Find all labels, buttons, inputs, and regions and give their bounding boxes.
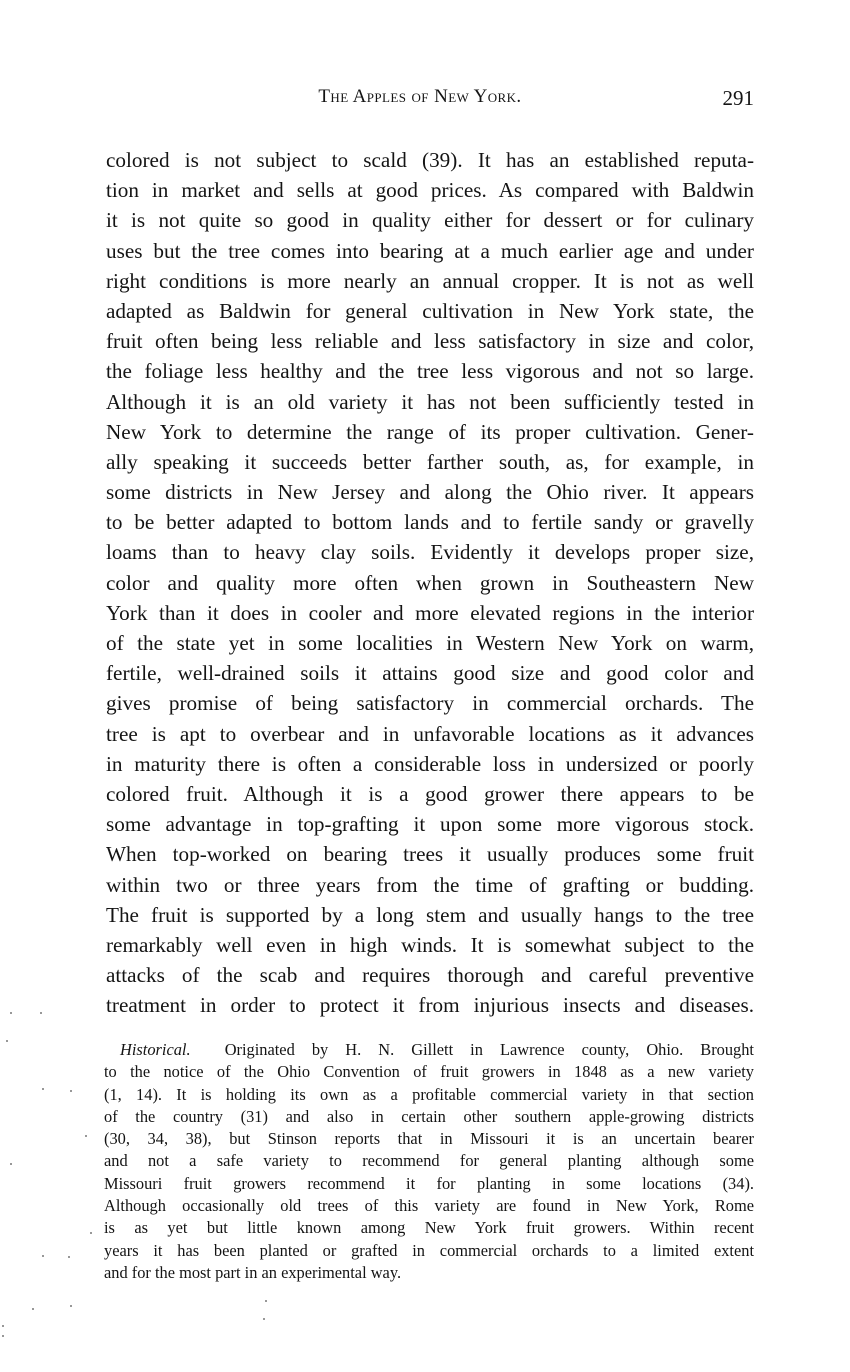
text-line: fertile, well-drained soils it attains g… — [106, 658, 754, 688]
scan-speck — [6, 1040, 8, 1042]
text-line: When top-worked on bearing trees it usua… — [106, 839, 754, 869]
text-line: is as yet but little known among New Yor… — [104, 1217, 754, 1239]
scan-speck — [42, 1255, 44, 1257]
text-line: fruit often being less reliable and less… — [106, 326, 754, 356]
scan-speck — [68, 1256, 70, 1258]
running-head: The Apples of New York. 291 — [106, 80, 754, 114]
historical-section: Historical. Originated by H. N. Gillett … — [104, 1039, 754, 1284]
text-line: gives promise of being satisfactory in c… — [106, 688, 754, 718]
text-line: New York to determine the range of its p… — [106, 417, 754, 447]
text-line: Although occasionally old trees of this … — [104, 1195, 754, 1217]
text-line: of the state yet in some localities in W… — [106, 628, 754, 658]
scan-speck — [70, 1305, 72, 1307]
body-paragraph: colored is not subject to scald (39). It… — [106, 145, 754, 1020]
text-line: treatment in order to protect it from in… — [106, 990, 754, 1020]
text-line: colored fruit. Although it is a good gro… — [106, 779, 754, 809]
running-title: The Apples of New York. — [106, 86, 754, 108]
scan-speck — [90, 1232, 92, 1234]
text-line: tion in market and sells at good prices.… — [106, 175, 754, 205]
text-line: and for the most part in an experimental… — [104, 1262, 754, 1284]
text-line: colored is not subject to scald (39). It… — [106, 145, 754, 175]
text-line: the foliage less healthy and the tree le… — [106, 356, 754, 386]
text-line: uses but the tree comes into bearing at … — [106, 236, 754, 266]
text-line: York than it does in cooler and more ele… — [106, 598, 754, 628]
scan-speck — [32, 1308, 34, 1310]
text-line: to be better adapted to bottom lands and… — [106, 507, 754, 537]
text-line: some advantage in top-grafting it upon s… — [106, 809, 754, 839]
text-line: attacks of the scab and requires thoroug… — [106, 960, 754, 990]
text-line: some districts in New Jersey and along t… — [106, 477, 754, 507]
text-line: loams than to heavy clay soils. Evidentl… — [106, 537, 754, 567]
text-line: it is not quite so good in quality eithe… — [106, 205, 754, 235]
text-line: Missouri fruit growers recommend it for … — [104, 1173, 754, 1195]
text-line: tree is apt to overbear and in unfavorab… — [106, 719, 754, 749]
historical-first-line: Historical. Originated by H. N. Gillett … — [104, 1039, 754, 1061]
text-line: years it has been planted or grafted in … — [104, 1240, 754, 1262]
text-line: (30, 34, 38), but Stinson reports that i… — [104, 1128, 754, 1150]
text-line: in maturity there is often a considerabl… — [106, 749, 754, 779]
scan-speck — [2, 1325, 4, 1327]
book-page: The Apples of New York. 291 colored is n… — [0, 0, 850, 1372]
scan-speck — [85, 1135, 87, 1137]
text-line: (1, 14). It is holding its own as a prof… — [104, 1084, 754, 1106]
scan-speck — [263, 1318, 265, 1320]
text-line: ally speaking it succeeds better farther… — [106, 447, 754, 477]
text-line: The fruit is supported by a long stem an… — [106, 900, 754, 930]
text-line: and not a safe variety to recommend for … — [104, 1150, 754, 1172]
text-line: adapted as Baldwin for general cultivati… — [106, 296, 754, 326]
scan-speck — [10, 1012, 12, 1014]
text-line: to the notice of the Ohio Convention of … — [104, 1061, 754, 1083]
text-line: remarkably well even in high winds. It i… — [106, 930, 754, 960]
scan-speck — [265, 1300, 267, 1302]
historical-label: Historical. — [120, 1040, 191, 1059]
text-line: Although it is an old variety it has not… — [106, 387, 754, 417]
text-line: within two or three years from the time … — [106, 870, 754, 900]
text-fragment: Originated by H. N. Gillett in Lawrence … — [225, 1040, 754, 1059]
text-line: color and quality more often when grown … — [106, 568, 754, 598]
text-line: right conditions is more nearly an annua… — [106, 266, 754, 296]
scan-speck — [70, 1090, 72, 1092]
text-line: of the country (31) and also in certain … — [104, 1106, 754, 1128]
scan-speck — [2, 1335, 4, 1337]
scan-speck — [42, 1088, 44, 1090]
scan-speck — [40, 1012, 42, 1014]
scan-speck — [10, 1163, 12, 1165]
page-number: 291 — [723, 86, 755, 111]
